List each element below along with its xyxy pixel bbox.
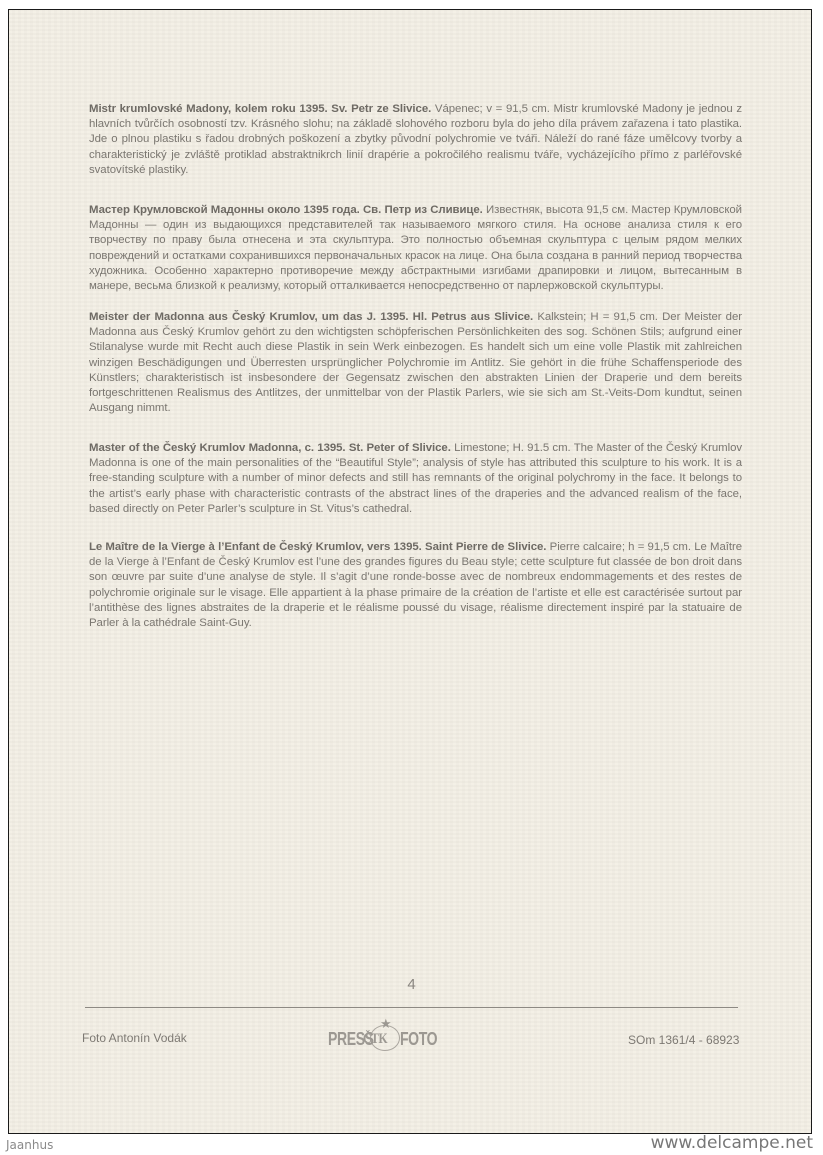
paragraph-russian: Мастер Крумловской Мадонны около 1395 го…: [89, 203, 742, 294]
photo-credit: Foto Antonín Vodák: [82, 1031, 187, 1045]
paragraph-body: Kalkstein; H = 91,5 cm. Der Meister der …: [89, 311, 742, 414]
site-watermark: www.delcampe.net: [651, 1133, 813, 1153]
paragraph-heading: Le Maître de la Vierge à l’Enfant de Čes…: [89, 541, 546, 553]
postcard-back: Mistr krumlovské Madony, kolem roku 1395…: [8, 9, 812, 1134]
paragraph-heading: Mistr krumlovské Madony, kolem roku 1395…: [89, 103, 431, 115]
paragraph-german: Meister der Madonna aus Český Krumlov, u…: [89, 310, 742, 416]
paragraph-czech: Mistr krumlovské Madony, kolem roku 1395…: [89, 102, 742, 178]
pressfoto-logo: ★ PRESS ČTK FOTO: [328, 1016, 468, 1056]
logo-ctk: ČTK: [363, 1031, 387, 1048]
logo-foto: FOTO: [400, 1029, 437, 1050]
paragraph-body: Pierre calcaire; h = 91,5 cm. Le Maître …: [89, 541, 742, 629]
paragraph-heading: Мастер Крумловской Мадонны около 1395 го…: [89, 204, 483, 216]
paragraph-heading: Master of the Český Krumlov Madonna, c. …: [89, 442, 451, 454]
paragraph-french: Le Maître de la Vierge à l’Enfant de Čes…: [89, 540, 742, 631]
paragraph-heading: Meister der Madonna aus Český Krumlov, u…: [89, 311, 533, 323]
star-icon: ★: [380, 1016, 392, 1032]
paragraph-english: Master of the Český Krumlov Madonna, c. …: [89, 441, 742, 517]
page-number: 4: [0, 976, 823, 993]
uploader-watermark: Jaanhus: [6, 1138, 53, 1152]
paragraph-body: Известняк, высота 91,5 см. Мастер Крумло…: [89, 204, 742, 292]
footer-divider: [85, 1007, 738, 1008]
catalog-number: SOm 1361/4 - 68923: [628, 1033, 739, 1047]
